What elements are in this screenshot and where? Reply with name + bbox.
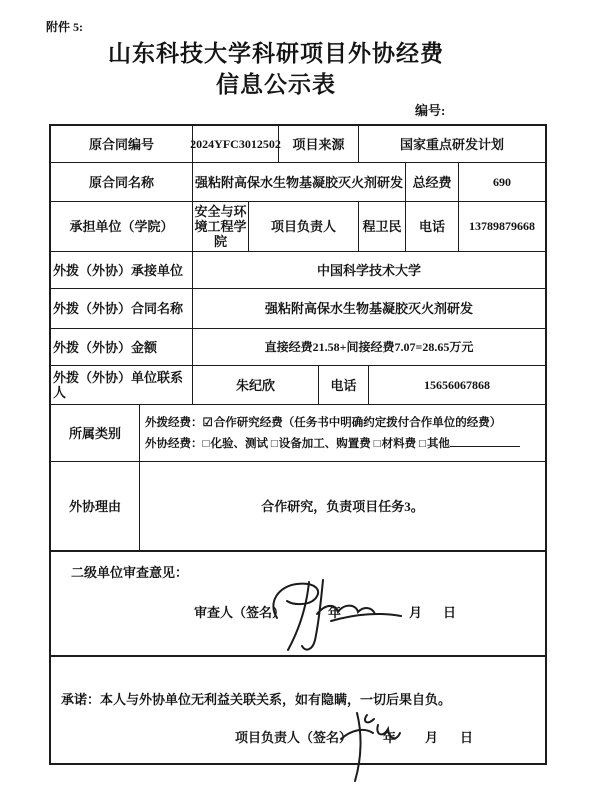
review-day-label: 日 (443, 602, 456, 621)
outsource-contract-name-label: 外拨（外协）合同名称 (51, 289, 192, 328)
leader-phone-value: 13789879668 (458, 202, 545, 251)
row-outsource-amount: 外拨（外协）金额 直接经费21.58+间接经费7.07=28.65万元 (51, 328, 545, 365)
original-contract-name-value: 强粘附高保水生物基凝胶灭火剂研发 (192, 163, 405, 201)
outsource-amount-value: 直接经费21.58+间接经费7.07=28.65万元 (192, 329, 545, 365)
promise-month-label: 月 (425, 727, 438, 746)
project-leader-signature (337, 711, 403, 785)
reviewer-signature (263, 576, 413, 658)
project-leader-label: 项目负责人 (248, 202, 358, 251)
row-review-opinion: 二级单位审查意见： 审查人（签名） 年 月 日 (51, 550, 545, 655)
outsource-unit-label: 外拨（外协）承接单位 (51, 252, 192, 288)
row-outsource-contract-name: 外拨（外协）合同名称 强粘附高保水生物基凝胶灭火剂研发 (51, 288, 545, 328)
checkbox-equipment[interactable]: □ (271, 434, 278, 455)
row-reason: 外协理由 合作研究，负责项目任务3。 (51, 461, 545, 550)
outsource-unit-value: 中国科学技术大学 (192, 252, 545, 288)
cooperative-research-text: 合作研究经费（任务书中明确约定拨付合作单位的经费） (214, 417, 502, 429)
reason-value: 合作研究，负责项目任务3。 (139, 462, 545, 550)
project-source-value: 国家重点研发计划 (358, 126, 545, 162)
total-budget-label: 总经费 (405, 163, 458, 201)
option-testing-text: 化验、测试 (210, 438, 268, 450)
row-outsource-unit: 外拨（外协）承接单位 中国科学技术大学 (51, 251, 545, 288)
original-contract-name-label: 原合同名称 (51, 163, 192, 201)
option-equipment-text: 设备加工、购置费 (279, 438, 371, 450)
checkbox-testing[interactable]: □ (203, 434, 210, 455)
original-contract-no-label: 原合同编号 (51, 126, 192, 162)
external-fund-prefix: 外拨经费： (145, 417, 203, 429)
promise-text: 承诺：本人与外协单位无利益关联关系，如有隐瞒，一切后果自负。 (61, 689, 451, 708)
attachment-label: 附件 5: (46, 18, 83, 35)
promise-day-label: 日 (460, 727, 473, 746)
checkbox-cooperative-research-checked[interactable]: ☑ (203, 413, 213, 434)
checkbox-materials[interactable]: □ (374, 434, 381, 455)
row-category: 所属类别 外拨经费：☑合作研究经费（任务书中明确约定拨付合作单位的经费） 外协经… (51, 404, 545, 461)
outsource-contact-label: 外拨（外协）单位联系人 (51, 366, 192, 404)
checkbox-other[interactable]: □ (419, 434, 426, 455)
title-line-1: 山东科技大学科研项目外协经费 (0, 38, 552, 69)
leader-phone-label: 电话 (405, 202, 458, 251)
total-budget-value: 690 (458, 163, 545, 201)
undertaking-unit-value: 安全与环境工程学院 (192, 202, 248, 251)
other-blank-line (450, 434, 520, 447)
outsourcing-fund-prefix: 外协经费： (145, 438, 203, 450)
contact-phone-label: 电话 (318, 366, 368, 404)
row-outsource-contact: 外拨（外协）单位联系人 朱纪欣 电话 15656067868 (51, 365, 545, 404)
undertaking-unit-label: 承担单位（学院） (51, 202, 192, 251)
row-undertaking-unit: 承担单位（学院） 安全与环境工程学院 项目负责人 程卫民 电话 13789879… (51, 201, 545, 251)
page-title: 山东科技大学科研项目外协经费 信息公示表 (0, 38, 552, 100)
contact-phone-value: 15656067868 (368, 366, 545, 404)
outsource-contact-value: 朱纪欣 (192, 366, 318, 404)
category-label: 所属类别 (51, 405, 139, 461)
reason-label: 外协理由 (51, 462, 139, 550)
review-heading: 二级单位审查意见： (71, 562, 188, 581)
category-line-outsourcing: 外协经费：□化验、测试 □设备加工、购置费 □材料费 □其他 (145, 434, 545, 455)
original-contract-no-value: 2024YFC3012502 (192, 126, 278, 162)
title-line-2: 信息公示表 (0, 69, 552, 100)
category-options: 外拨经费：☑合作研究经费（任务书中明确约定拨付合作单位的经费） 外协经费：□化验… (139, 405, 545, 461)
pi-sign-label: 项目负责人（签名） (235, 727, 352, 746)
number-label: 编号: (415, 100, 445, 119)
row-original-contract-name: 原合同名称 强粘附高保水生物基凝胶灭火剂研发 总经费 690 (51, 162, 545, 201)
form-table: 原合同编号 2024YFC3012502 项目来源 国家重点研发计划 原合同名称… (49, 124, 547, 765)
option-other-text: 其他 (427, 438, 450, 450)
project-leader-value: 程卫民 (358, 202, 405, 251)
category-line-external: 外拨经费：☑合作研究经费（任务书中明确约定拨付合作单位的经费） (145, 413, 545, 434)
outsource-contract-name-value: 强粘附高保水生物基凝胶灭火剂研发 (192, 289, 545, 328)
row-original-contract-no: 原合同编号 2024YFC3012502 项目来源 国家重点研发计划 (51, 126, 545, 162)
option-materials-text: 材料费 (382, 438, 417, 450)
row-promise: 承诺：本人与外协单位无利益关联关系，如有隐瞒，一切后果自负。 项目负责人（签名）… (51, 655, 545, 763)
outsource-amount-label: 外拨（外协）金额 (51, 329, 192, 365)
project-source-label: 项目来源 (278, 126, 358, 162)
